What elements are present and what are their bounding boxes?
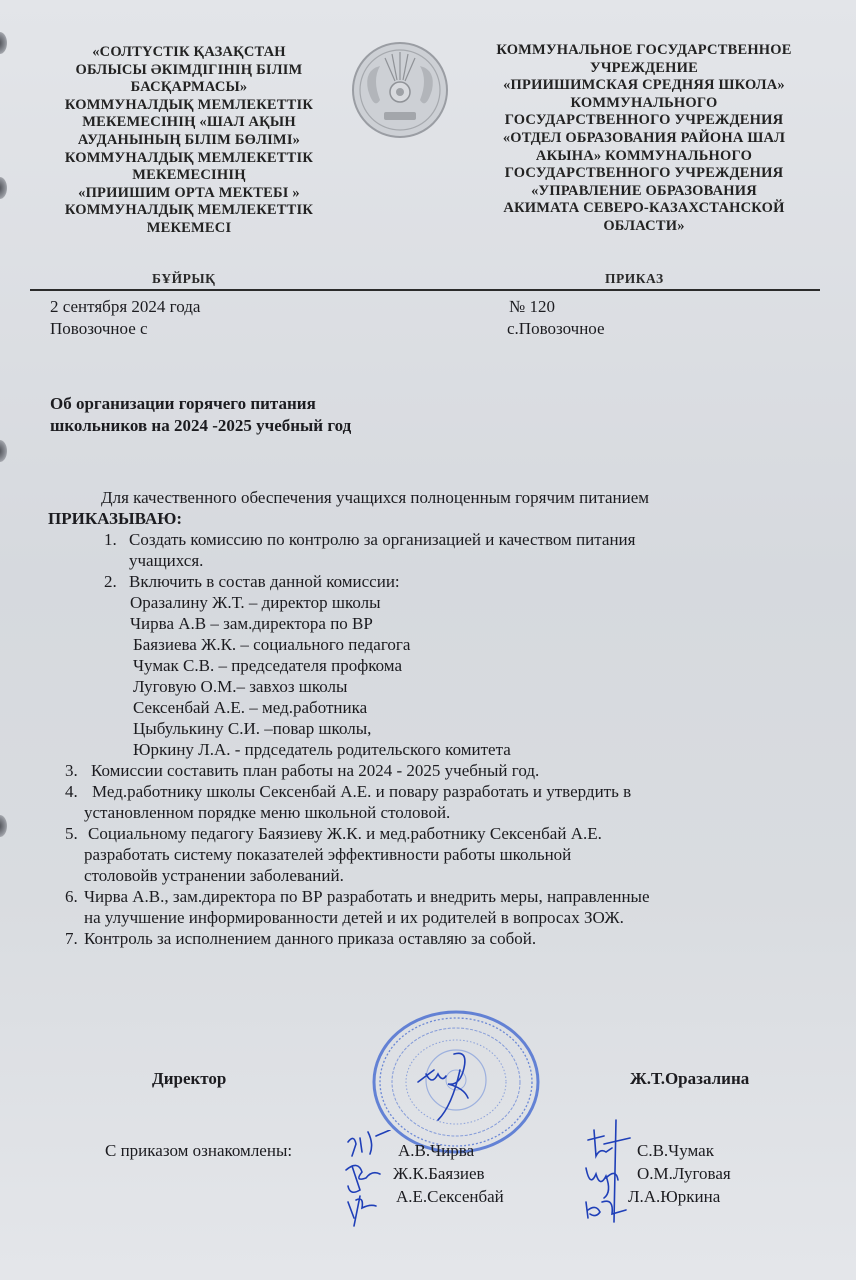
commission-member: Чирва А.В – зам.директора по ВР xyxy=(130,614,373,635)
item-text: учащихся. xyxy=(129,551,203,572)
item-text: установленном порядке меню школьной стол… xyxy=(84,803,450,824)
handwritten-signature-icon xyxy=(340,1130,410,1230)
commission-member: Чумак С.В. – председателя профкома xyxy=(133,656,402,677)
doc-kind-russian: ПРИКАЗ xyxy=(605,271,664,287)
punch-hole xyxy=(0,177,7,199)
order-title: Об организации горячего питания школьник… xyxy=(50,393,351,437)
header-line: КОММУНАЛДЫҚ МЕМЛЕКЕТТІК xyxy=(44,150,334,168)
item-number: 7. xyxy=(65,929,78,950)
header-line: КОММУНАЛЬНОЕ ГОСУДАРСТВЕННОЕ xyxy=(468,42,820,60)
place-right: с.Повозочное xyxy=(507,318,605,339)
header-line: «ПРИИШИМСКАЯ СРЕДНЯЯ ШКОЛА» xyxy=(468,77,820,95)
commission-member: Луговую О.М.– завхоз школы xyxy=(133,677,347,698)
doc-kind-kazakh: БҰЙРЫҚ xyxy=(152,271,215,287)
acquainted-label: С приказом ознакомлены: xyxy=(105,1141,292,1162)
commission-member: Цыбулькину С.И. –повар школы, xyxy=(133,719,371,740)
item-number: 1. xyxy=(104,530,117,551)
item-text: разработать систему показателей эффектив… xyxy=(84,845,571,866)
order-number: № 120 xyxy=(509,296,555,317)
header-line: БАСҚАРМАСЫ» xyxy=(44,79,334,97)
header-line: ОБЛАСТИ» xyxy=(468,218,820,236)
commission-member: Оразалину Ж.Т. – директор школы xyxy=(130,593,381,614)
header-divider xyxy=(30,289,820,291)
header-line: «УПРАВЛЕНИЕ ОБРАЗОВАНИЯ xyxy=(468,183,820,201)
header-line: «ПРИИШИМ ОРТА МЕКТЕБІ » xyxy=(44,185,334,203)
item-text: Включить в состав данной комиссии: xyxy=(129,572,400,593)
header-line: УЧРЕЖДЕНИЕ xyxy=(468,60,820,78)
header-line: АУДАНЫНЫҢ БІЛІМ БӨЛІМІ» xyxy=(44,132,334,150)
header-left-kazakh: «СОЛТҮСТІК ҚАЗАҚСТАН ОБЛЫСЫ ӘКІМДІГІНІҢ … xyxy=(44,44,334,238)
header-line: КОММУНАЛЬНОГО xyxy=(468,95,820,113)
item-text: Создать комиссию по контролю за организа… xyxy=(129,530,635,551)
item-text: на улучшение информированности детей и и… xyxy=(84,908,624,929)
punch-hole xyxy=(0,815,7,837)
place-left: Повозочное с xyxy=(50,318,148,339)
item-text: столовойв устранении заболеваний. xyxy=(84,866,344,887)
header-line: МЕКЕМЕСІНІҢ xyxy=(44,167,334,185)
header-line: ГОСУДАРСТВЕННОГО УЧРЕЖДЕНИЯ xyxy=(468,112,820,130)
item-text: Чирва А.В., зам.директора по ВР разработ… xyxy=(84,887,650,908)
header-line: МЕКЕМЕСІНІҢ «ШАЛ АҚЫН xyxy=(44,114,334,132)
acquainted-name: С.В.Чумак xyxy=(637,1141,714,1162)
preamble: Для качественного обеспечения учащихся п… xyxy=(101,488,649,509)
commission-member: Сексенбай А.Е. – мед.работника xyxy=(133,698,367,719)
item-text: Мед.работнику школы Сексенбай А.Е. и пов… xyxy=(92,782,631,803)
commission-member: Юркину Л.А. - прдседатель родительского … xyxy=(133,740,511,761)
item-text: Социальному педагогу Баязиеву Ж.К. и мед… xyxy=(88,824,602,845)
punch-hole xyxy=(0,32,7,54)
acquainted-name: А.Е.Сексенбай xyxy=(396,1187,504,1208)
header-line: АКЫНА» КОММУНАЛЬНОГО xyxy=(468,148,820,166)
header-line: «СОЛТҮСТІК ҚАЗАҚСТАН xyxy=(44,44,334,62)
header-line: МЕКЕМЕСІ xyxy=(44,220,334,238)
header-line: АКИМАТА СЕВЕРО-КАЗАХСТАНСКОЙ xyxy=(468,200,820,218)
item-number: 3. xyxy=(65,761,78,782)
handwritten-signature-icon xyxy=(582,1118,642,1228)
acquainted-name: О.М.Луговая xyxy=(637,1164,731,1185)
order-date: 2 сентября 2024 года xyxy=(50,296,200,317)
item-text: Контроль за исполнением данного приказа … xyxy=(84,929,536,950)
signatory-role: Директор xyxy=(152,1069,226,1090)
signatory-name: Ж.Т.Оразалина xyxy=(630,1069,749,1090)
order-word: ПРИКАЗЫВАЮ: xyxy=(48,509,182,530)
header-line: «ОТДЕЛ ОБРАЗОВАНИЯ РАЙОНА ШАЛ xyxy=(468,130,820,148)
punch-hole xyxy=(0,440,7,462)
header-line: КОММУНАЛДЫҚ МЕМЛЕКЕТТІК xyxy=(44,97,334,115)
header-line: КОММУНАЛДЫҚ МЕМЛЕКЕТТІК xyxy=(44,202,334,220)
header-line: ГОСУДАРСТВЕННОГО УЧРЕЖДЕНИЯ xyxy=(468,165,820,183)
header-line: ОБЛЫСЫ ӘКІМДІГІНІҢ БІЛІМ xyxy=(44,62,334,80)
item-number: 5. xyxy=(65,824,78,845)
title-line: школьников на 2024 -2025 учебный год xyxy=(50,415,351,437)
item-text: Комиссии составить план работы на 2024 -… xyxy=(91,761,539,782)
commission-member: Баязиева Ж.К. – социального педагога xyxy=(133,635,410,656)
item-number: 4. xyxy=(65,782,78,803)
header-right-russian: КОММУНАЛЬНОЕ ГОСУДАРСТВЕННОЕ УЧРЕЖДЕНИЕ … xyxy=(468,42,820,236)
title-line: Об организации горячего питания xyxy=(50,393,351,415)
item-number: 2. xyxy=(104,572,117,593)
item-number: 6. xyxy=(65,887,78,908)
state-emblem-icon xyxy=(350,40,450,140)
